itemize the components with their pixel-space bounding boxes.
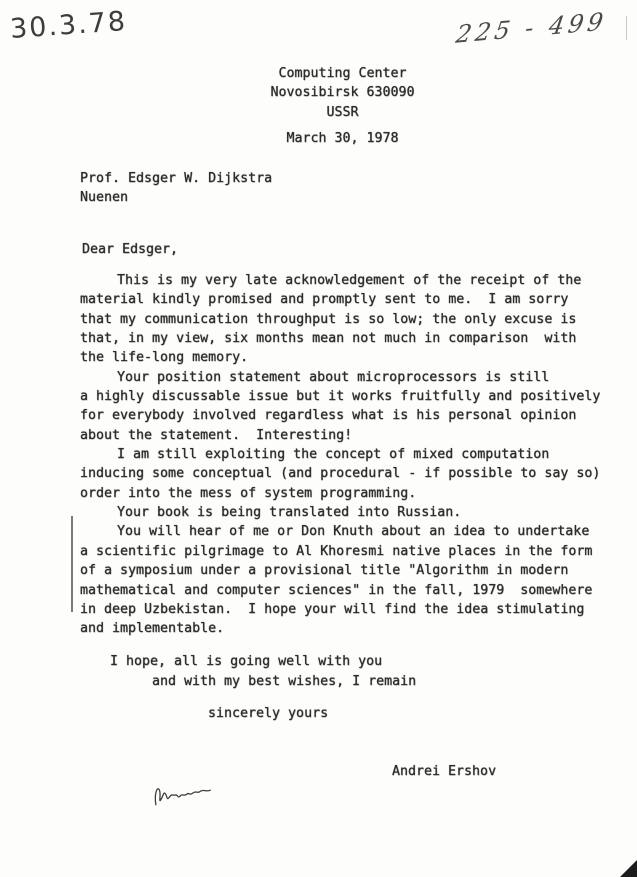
signature-scribble — [152, 781, 220, 811]
body-line: I am still exploiting the concept of mix… — [80, 445, 637, 464]
body-line: Your position statement about microproce… — [80, 368, 637, 387]
body-line: inducing some conceptual (and procedural… — [80, 464, 637, 483]
body-line: that my communication throughput is so l… — [80, 310, 637, 329]
recipient-name: Prof. Edsger W. Dijkstra — [80, 169, 272, 188]
letter-body: This is my very late acknowledgement of … — [80, 271, 637, 639]
body-line: a scientific pilgrimage to Al Khoresmi n… — [80, 542, 637, 561]
body-line: about the statement. Interesting! — [80, 426, 637, 445]
body-line: Your book is being translated into Russi… — [80, 503, 637, 522]
scan-artifact-corner — [620, 860, 637, 877]
body-line: You will hear of me or Don Knuth about a… — [80, 522, 637, 541]
letterhead-country: USSR — [24, 103, 637, 122]
body-line: a highly discussable issue but it works … — [80, 387, 637, 406]
body-line: in deep Uzbekistan. I hope your will fin… — [80, 600, 637, 619]
letterhead-org: Computing Center — [24, 64, 637, 83]
body-line: the life-long memory. — [80, 348, 637, 367]
salutation: Dear Edsger, — [82, 240, 178, 259]
handwritten-date: 30.3.78 — [9, 6, 128, 45]
recipient-place: Nuenen — [80, 188, 272, 207]
body-line: mathematical and computer sciences" in t… — [80, 581, 637, 600]
body-line: for everybody involved regardless what i… — [80, 406, 637, 425]
letterhead: Computing Center Novosibirsk 630090 USSR… — [24, 64, 637, 148]
handwritten-margin-line — [71, 516, 73, 612]
letter-date: March 30, 1978 — [24, 129, 637, 148]
recipient-block: Prof. Edsger W. Dijkstra Nuenen — [80, 169, 272, 208]
body-line: and implementable. — [80, 619, 637, 638]
signer-name: Andrei Ershov — [392, 762, 496, 781]
handwritten-ref-number: 225 - 499 — [454, 7, 609, 49]
body-line: of a symposium under a provisional title… — [80, 561, 637, 580]
closing-line-2: and with my best wishes, I remain — [152, 672, 416, 691]
scan-artifact-edge — [626, 16, 627, 40]
closing-line-1: I hope, all is going well with you — [110, 652, 382, 671]
valediction: sincerely yours — [208, 704, 328, 723]
letterhead-city: Novosibirsk 630090 — [24, 83, 637, 102]
letter-page: 30.3.78 225 - 499 Computing Center Novos… — [0, 0, 637, 877]
body-line: order into the mess of system programmin… — [80, 484, 637, 503]
body-line: This is my very late acknowledgement of … — [80, 271, 637, 290]
body-line: that, in my view, six months mean not mu… — [80, 329, 637, 348]
body-line: material kindly promised and promptly se… — [80, 290, 637, 309]
